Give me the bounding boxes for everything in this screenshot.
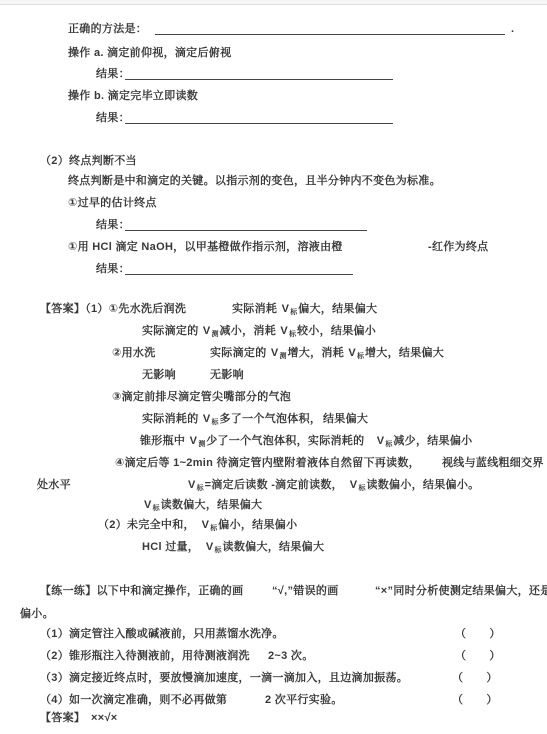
correct-method-blank — [155, 23, 505, 39]
text-segment: ） — [489, 628, 500, 640]
text-segment: 终点判断是中和滴定的关键。以指示剂的变色，且半分钟内不变色为标准。 — [68, 175, 441, 187]
early-endpoint-item: ①过早的估计终点 — [68, 197, 157, 210]
volume-symbol: V标 — [203, 413, 219, 429]
practice-heading: 【练一练】以下中和滴定操作，正确的画 — [40, 585, 243, 598]
volume-symbol: V标 — [377, 435, 393, 451]
text-segment: . — [511, 23, 514, 35]
volume-subscript: 标 — [210, 525, 217, 532]
practice-q4: （4）如一次滴定准确，则不必再做第 — [40, 694, 227, 707]
answer-4-col2: 无影响 — [210, 369, 244, 382]
practice-q2-parens: （） — [455, 650, 501, 663]
fill-in-blank-underline — [125, 263, 353, 275]
spacer — [466, 658, 489, 659]
text-segment: 增大，结果偏大 — [365, 347, 444, 359]
text-segment: 处水平 — [37, 479, 71, 491]
spacer — [466, 636, 489, 637]
volume-symbol: V标 — [202, 519, 218, 535]
text-segment: （4）如一次滴定准确，则不必再做第 — [40, 694, 227, 706]
volume-subscript: 标 — [358, 485, 365, 492]
spacer — [463, 702, 486, 703]
volume-subscript: 标 — [385, 441, 392, 448]
text-segment: =滴定后读数 -滴定前读数， — [205, 479, 349, 491]
practice-q1: （1）滴定管注入酸或碱液前，只用蒸馏水洗净。 — [40, 628, 284, 641]
fill-in-blank-underline — [155, 23, 505, 35]
answer-6-result: 结果偏大 — [323, 413, 368, 426]
answer-8: ④滴定后等 1~2min 待滴定管内壁附着液体自然留下再读数， — [115, 457, 420, 470]
volume-subscript: 标 — [289, 331, 296, 338]
result-a-blank — [125, 68, 393, 84]
practice-q2-times: 2~3 次。 — [268, 650, 314, 663]
volume-subscript: 测 — [280, 353, 287, 360]
text-segment: 实际滴定的 — [142, 325, 202, 337]
text-segment: “√,”错误的画 — [272, 585, 339, 597]
text-segment: 【答案】（1）①先水洗后润洗 — [40, 303, 186, 315]
text-segment: 锥形瓶中 — [140, 435, 189, 447]
volume-subscript: 标 — [153, 505, 160, 512]
text-segment: （3）滴定接近终点时，要放慢滴加速度，一滴一滴加入，且边滴加振荡。 — [40, 672, 408, 684]
spacer — [463, 680, 486, 681]
answer-3-op: ②用水洗 — [112, 347, 156, 360]
volume-subscript: 测 — [212, 331, 219, 338]
volume-subscript: 标 — [215, 547, 222, 554]
practice-answer: 【答案】 ××√× — [40, 712, 118, 725]
correct-method-label: 正确的方法是： — [68, 23, 147, 36]
volume-symbol: V标 — [188, 479, 204, 495]
volume-symbol: V标 — [206, 541, 222, 557]
practice-q1-parens: （） — [455, 628, 501, 641]
correct-method-period: . — [511, 23, 514, 36]
volume-symbol: V测 — [203, 325, 219, 341]
text-segment: 实际消耗的 — [142, 413, 202, 425]
text-segment: 操作 b. 滴定完毕立即读数 — [68, 90, 198, 102]
volume-subscript: 标 — [290, 309, 297, 316]
fill-in-blank-underline — [125, 68, 393, 80]
answer-9-formula: V标=滴定后读数 -滴定前读数， V标读数偏小，结果偏小。 — [187, 479, 479, 495]
text-segment: 减小，消耗 — [220, 325, 280, 337]
text-segment: （2）未完全中和， — [98, 519, 201, 531]
text-segment: 正确的方法是： — [68, 23, 147, 35]
text-segment: 读数偏大，结果偏大 — [223, 541, 325, 553]
text-segment: 操作 a. 滴定前仰视，滴定后俯视 — [68, 47, 231, 59]
text-segment: 较小，结果偏小 — [297, 325, 376, 337]
answer-11: （2）未完全中和， V标偏小，结果偏小 — [98, 519, 297, 535]
volume-symbol: V标 — [350, 479, 366, 495]
text-segment: 2~3 次。 — [268, 650, 314, 662]
answer-6: 实际消耗的 V标多了一个气泡体积， — [142, 413, 321, 429]
text-segment: ②用水洗 — [112, 347, 156, 359]
text-segment: 【答案】 ××√× — [40, 712, 118, 724]
fill-in-blank-underline — [125, 219, 367, 231]
text-segment: 读数偏大，结果偏大 — [161, 499, 263, 511]
volume-symbol: V标 — [144, 499, 160, 515]
text-segment: （ — [455, 650, 466, 662]
answer-3-effect: 实际滴定的 V测增大，消耗 V标增大，结果偏大 — [210, 347, 444, 363]
volume-symbol: V标 — [280, 325, 296, 341]
text-segment: ） — [489, 650, 500, 662]
text-segment: ③滴定前排尽滴定管尖嘴部分的气泡 — [112, 391, 291, 403]
answer-2: 实际滴定的 V测减小，消耗 V标较小，结果偏小 — [142, 325, 376, 341]
endpoint-key-sentence: 终点判断是中和滴定的关键。以指示剂的变色，且半分钟内不变色为标准。 — [68, 175, 441, 188]
text-segment: 实际消耗 — [232, 303, 281, 315]
text-segment: 偏大，结果偏大 — [298, 303, 377, 315]
fill-in-blank-underline — [125, 112, 393, 124]
result-hcl-blank — [125, 263, 353, 279]
text-segment: ） — [486, 672, 497, 684]
text-segment: 实际滴定的 — [210, 347, 270, 359]
volume-subscript: 测 — [198, 441, 205, 448]
section-2-heading: （2）终点判断不当 — [40, 155, 137, 168]
hcl-titration-item: ①用 HCl 滴定 NaOH，以甲基橙做作指示剂，溶液由橙 — [68, 241, 343, 254]
practice-heading-wrap: 偏小。 — [20, 608, 54, 621]
text-segment: 少了一个气泡体积，实际消耗的 — [206, 435, 376, 447]
text-segment: ①用 HCl 滴定 NaOH，以甲基橙做作指示剂，溶液由橙 — [68, 241, 343, 253]
practice-q3-parens: （） — [452, 672, 498, 685]
text-segment: 偏小。 — [20, 608, 54, 620]
volume-subscript: 标 — [212, 419, 219, 426]
operation-b-line: 操作 b. 滴定完毕立即读数 — [68, 90, 198, 103]
practice-heading-check: “√,”错误的画 — [272, 585, 339, 598]
worksheet-page: 正确的方法是：.操作 a. 滴定前仰视，滴定后俯视结果：操作 b. 滴定完毕立即… — [0, 0, 547, 734]
text-segment: （2）锥形瓶注入待测液前，用待测液润洗 — [40, 650, 250, 662]
practice-q2: （2）锥形瓶注入待测液前，用待测液润洗 — [40, 650, 250, 663]
text-segment: 多了一个气泡体积， — [220, 413, 322, 425]
volume-subscript: 标 — [197, 485, 204, 492]
text-segment: 增大，消耗 — [288, 347, 348, 359]
practice-q3: （3）滴定接近终点时，要放慢滴加速度，一滴一滴加入，且边滴加振荡。 — [40, 672, 408, 685]
text-segment: （ — [452, 694, 463, 706]
practice-q4-parens: （） — [452, 694, 498, 707]
text-segment: 2 次平行实验。 — [265, 694, 343, 706]
text-segment: 无影响 — [142, 369, 176, 381]
answer-9-lead: 处水平 — [37, 479, 71, 492]
answer-10: V标读数偏大，结果偏大 — [143, 499, 262, 515]
text-segment: 读数偏小，结果偏小。 — [366, 479, 479, 491]
operation-a-line: 操作 a. 滴定前仰视，滴定后俯视 — [68, 47, 231, 60]
answer-5: ③滴定前排尽滴定管尖嘴部分的气泡 — [112, 391, 291, 404]
result-b-blank — [125, 112, 393, 128]
answer-heading: 【答案】（1）①先水洗后润洗 — [40, 303, 186, 316]
volume-symbol: V标 — [282, 303, 298, 319]
text-segment: 无影响 — [210, 369, 244, 381]
volume-symbol: V测 — [271, 347, 287, 363]
text-segment: 偏小，结果偏小 — [218, 519, 297, 531]
answer-4-col1: 无影响 — [142, 369, 176, 382]
hcl-titration-item-end: -红作为终点 — [428, 241, 488, 254]
text-segment: ） — [486, 694, 497, 706]
text-segment: HCl 过量， — [142, 541, 205, 553]
text-segment: 【练一练】以下中和滴定操作，正确的画 — [40, 585, 243, 597]
result-early-blank — [125, 219, 367, 235]
volume-symbol: V测 — [190, 435, 206, 451]
text-segment: 视线与蓝线粗细交界 — [442, 457, 544, 469]
text-segment: （ — [452, 672, 463, 684]
practice-q4-num: 2 次平行实验。 — [265, 694, 343, 707]
volume-subscript: 标 — [357, 353, 364, 360]
text-segment: （1）滴定管注入酸或碱液前，只用蒸馏水洗净。 — [40, 628, 284, 640]
text-segment: （ — [455, 628, 466, 640]
text-segment: -红作为终点 — [428, 241, 488, 253]
text-segment: 结果偏大 — [323, 413, 368, 425]
answer-8-note: 视线与蓝线粗细交界 — [442, 457, 544, 470]
text-segment: ④滴定后等 1~2min 待滴定管内壁附着液体自然留下再读数， — [115, 457, 420, 469]
practice-heading-cross: “×”同时分析使测定结果偏大，还是 — [375, 585, 547, 598]
answer-12: HCl 过量， V标读数偏大，结果偏大 — [142, 541, 324, 557]
answer-7: 锥形瓶中 V测少了一个气泡体积，实际消耗的 V标减少，结果偏小 — [140, 435, 472, 451]
text-segment: “×”同时分析使测定结果偏大，还是 — [375, 585, 547, 597]
text-segment: 减少，结果偏小 — [393, 435, 472, 447]
text-segment: ①过早的估计终点 — [68, 197, 157, 209]
text-segment: （2）终点判断不当 — [40, 155, 137, 167]
volume-symbol: V标 — [348, 347, 364, 363]
answer-1-effect: 实际消耗 V标偏大，结果偏大 — [232, 303, 377, 319]
